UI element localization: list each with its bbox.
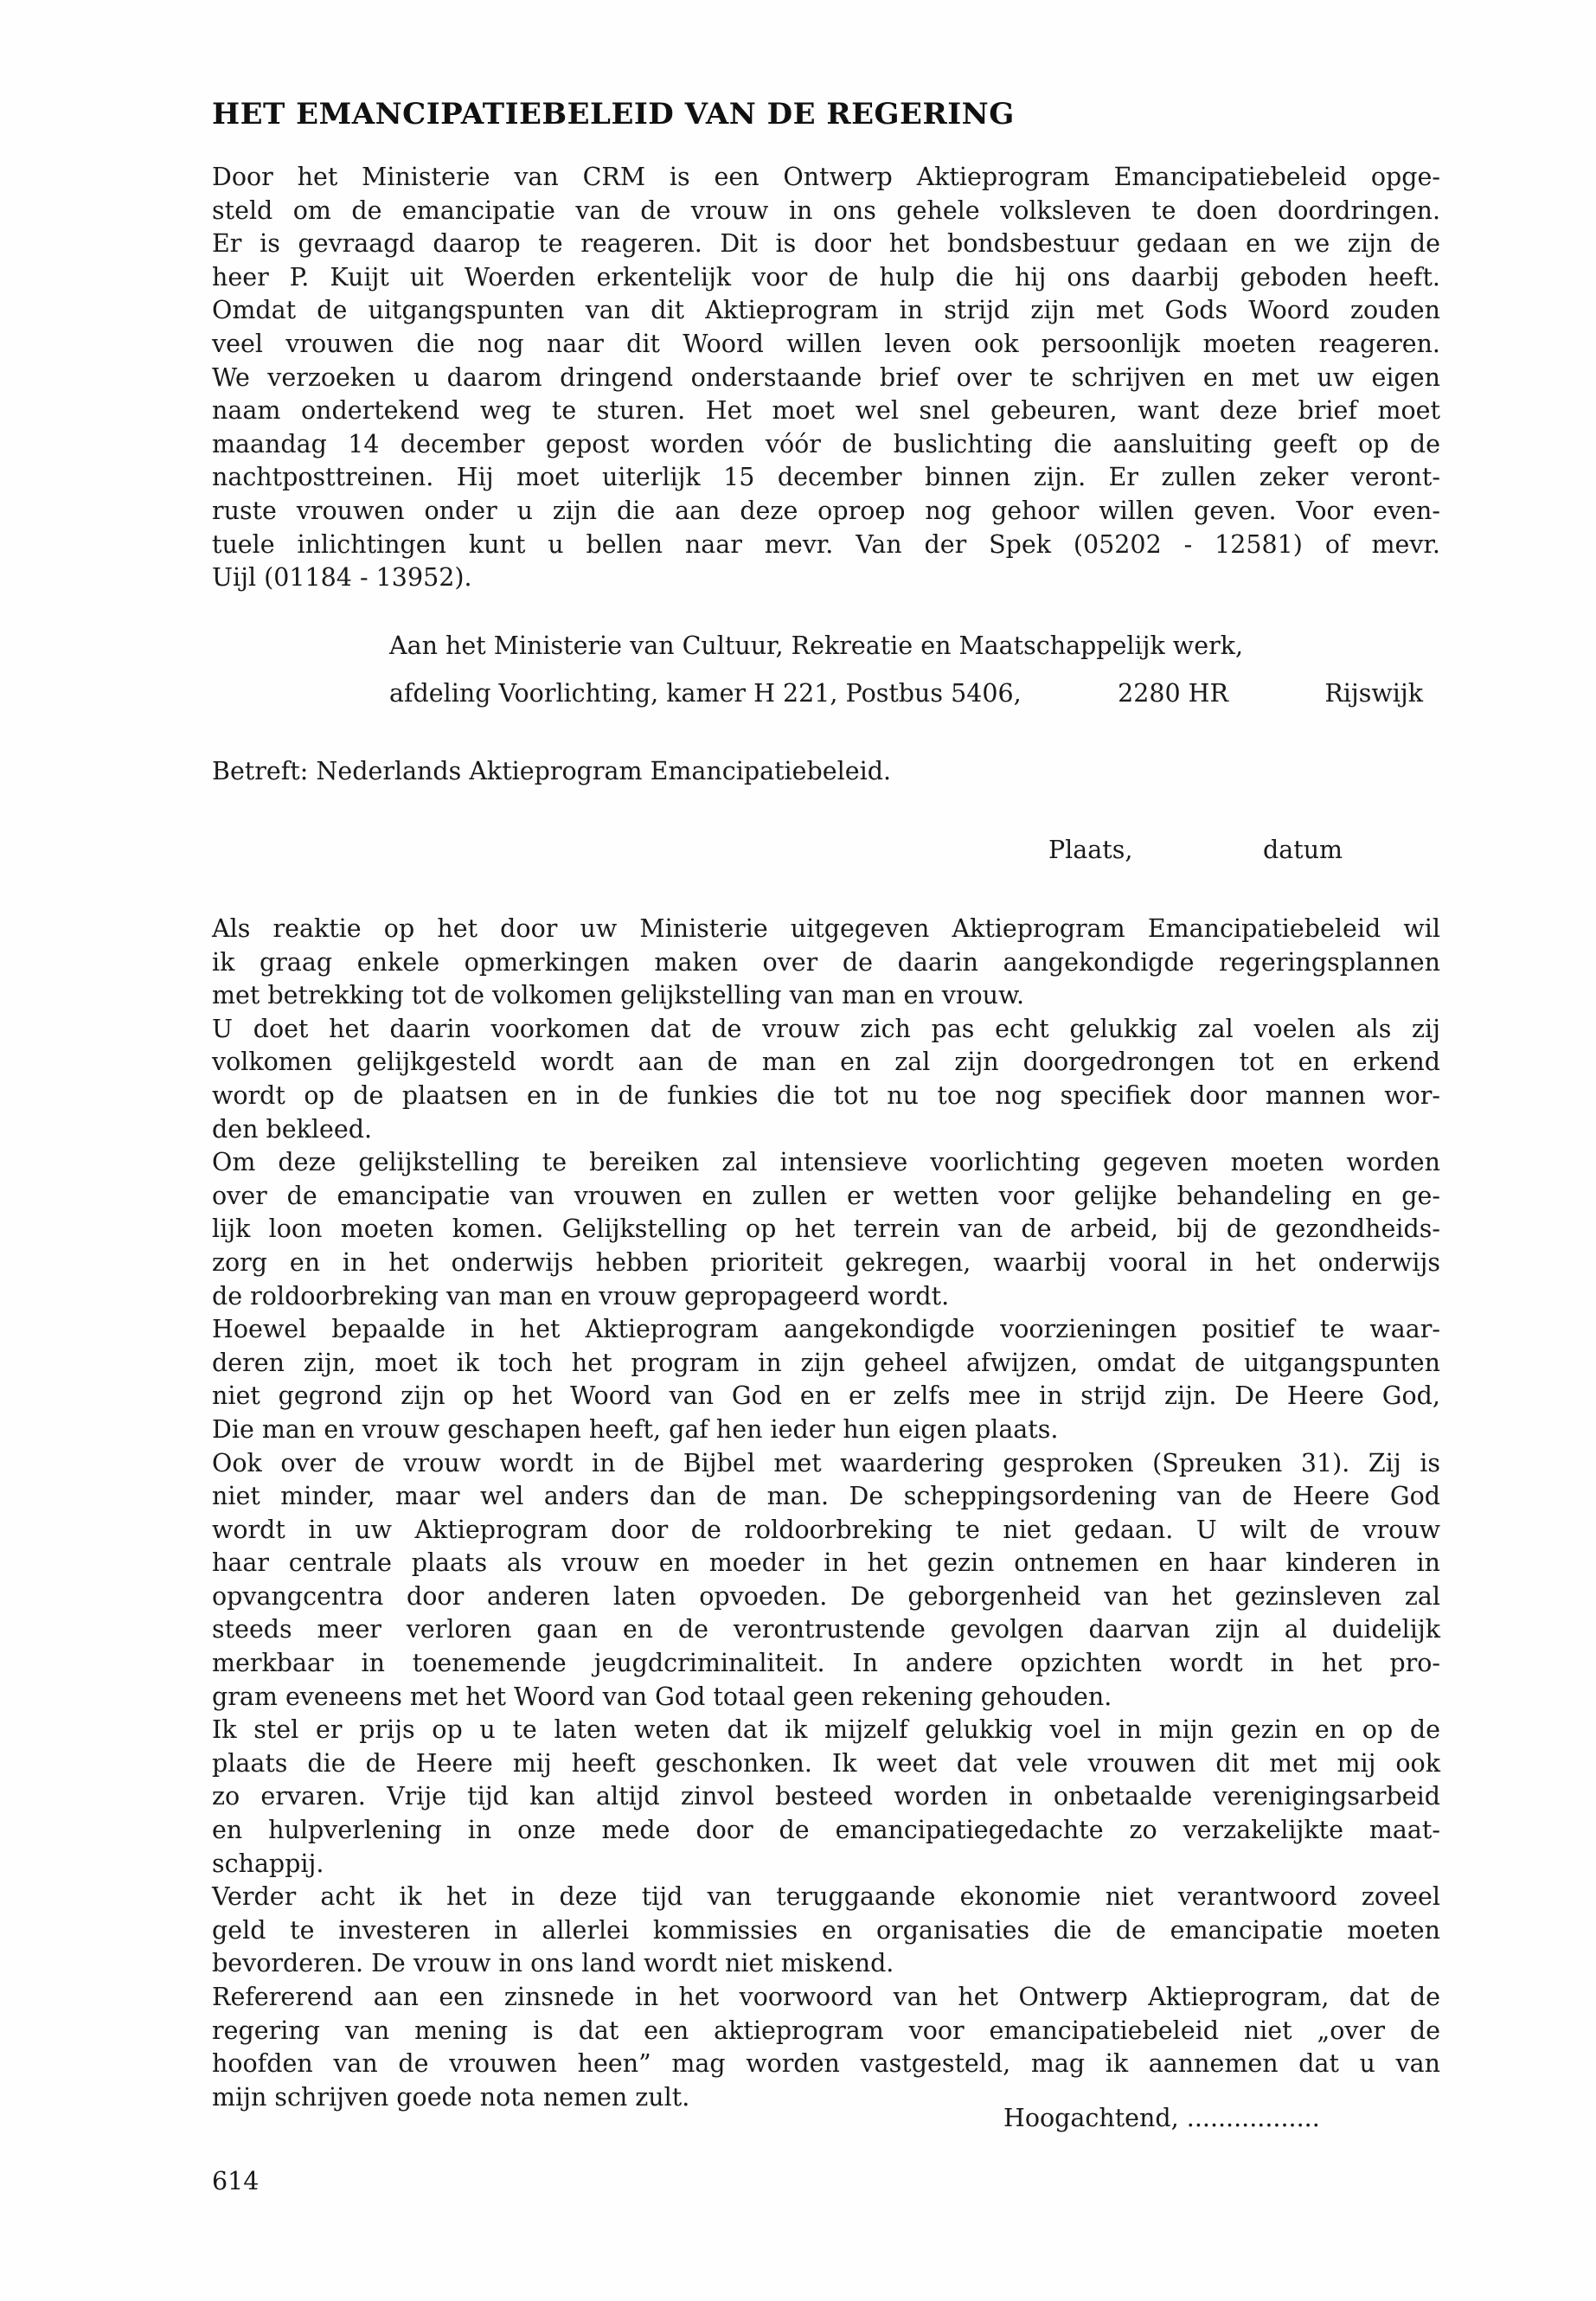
text-line: veel vrouwen die nog naar dit Woord will…	[212, 328, 1440, 362]
text-line: maandag 14 december gepost worden vóór d…	[212, 428, 1440, 462]
text-line: niet gegrond zijn op het Woord van God e…	[212, 1380, 1440, 1413]
text-line: den bekleed.	[212, 1113, 1440, 1147]
text-line: Ook over de vrouw wordt in de Bijbel met…	[212, 1447, 1440, 1481]
text-line: volkomen gelijkgesteld wordt aan de man …	[212, 1046, 1440, 1080]
letter-body: Als reaktie op het door uw Ministerie ui…	[212, 913, 1440, 2114]
text-line: ruste vrouwen onder u zijn die aan deze …	[212, 495, 1440, 529]
text-line: haar centrale plaats als vrouw en moeder…	[212, 1547, 1440, 1580]
text-line: opvangcentra door anderen laten opvoeden…	[212, 1580, 1440, 1614]
recipient-address-line-2: afdeling Voorlichting, kamer H 221, Post…	[389, 679, 1423, 708]
text-line: We verzoeken u daarom dringend onderstaa…	[212, 362, 1440, 395]
text-line: steld om de emancipatie van de vrouw in …	[212, 195, 1440, 228]
text-line: Om deze gelijkstelling te bereiken zal i…	[212, 1146, 1440, 1180]
text-line: Hoewel bepaalde in het Aktieprogram aang…	[212, 1313, 1440, 1347]
text-line: merkbaar in toenemende jeugdcriminalitei…	[212, 1647, 1440, 1681]
closing-signature: Hoogachtend, .................	[1003, 2104, 1320, 2132]
text-line: U doet het daarin voorkomen dat de vrouw…	[212, 1013, 1440, 1047]
text-line: Er is gevraagd daarop te reageren. Dit i…	[212, 228, 1440, 261]
address-city: Rijswijk	[1324, 679, 1423, 708]
text-line: deren zijn, moet ik toch het program in …	[212, 1347, 1440, 1381]
date-label: datum	[1263, 836, 1343, 864]
text-line: met betrekking tot de volkomen gelijkste…	[212, 979, 1440, 1013]
text-line: en hulpverlening in onze mede door de em…	[212, 1814, 1440, 1848]
text-line: naam ondertekend weg te sturen. Het moet…	[212, 394, 1440, 428]
text-line: wordt in uw Aktieprogram door de roldoor…	[212, 1514, 1440, 1548]
text-line: Uijl (01184 - 13952).	[212, 561, 1440, 595]
text-line: heer P. Kuijt uit Woerden erkentelijk vo…	[212, 261, 1440, 295]
text-line: zo ervaren. Vrije tijd kan altijd zinvol…	[212, 1780, 1440, 1814]
text-line: steeds meer verloren gaan en de verontru…	[212, 1613, 1440, 1647]
text-line: hoofden van de vrouwen heen” mag worden …	[212, 2048, 1440, 2081]
text-line: Door het Ministerie van CRM is een Ontwe…	[212, 161, 1440, 195]
text-line: Die man en vrouw geschapen heeft, gaf he…	[212, 1413, 1440, 1447]
text-line: gram eveneens met het Woord van God tota…	[212, 1681, 1440, 1715]
text-line: ik graag enkele opmerkingen maken over d…	[212, 946, 1440, 980]
text-line: over de emancipatie van vrouwen en zulle…	[212, 1180, 1440, 1214]
text-line: de roldoorbreking van man en vrouw gepro…	[212, 1280, 1440, 1314]
intro-paragraph: Door het Ministerie van CRM is een Ontwe…	[212, 161, 1440, 595]
text-line: regering van mening is dat een aktieprog…	[212, 2015, 1440, 2048]
text-line: nachtposttreinen. Hij moet uiterlijk 15 …	[212, 461, 1440, 495]
page-title: HET EMANCIPATIEBELEID VAN DE REGERING	[212, 97, 1015, 131]
document-page: HET EMANCIPATIEBELEID VAN DE REGERING Do…	[0, 0, 1596, 2301]
text-line: wordt op de plaatsen en in de funkies di…	[212, 1080, 1440, 1113]
address-postcode: 2280 HR	[1118, 679, 1228, 708]
text-line: Omdat de uitgangspunten van dit Aktiepro…	[212, 294, 1440, 328]
text-line: Verder acht ik het in deze tijd van teru…	[212, 1881, 1440, 1914]
recipient-address-line-1: Aan het Ministerie van Cultuur, Rekreati…	[389, 631, 1423, 660]
text-line: plaats die de Heere mij heeft geschonken…	[212, 1747, 1440, 1781]
place-label: Plaats,	[1048, 836, 1132, 864]
text-line: zorg en in het onderwijs hebben priorite…	[212, 1247, 1440, 1280]
page-number: 614	[212, 2167, 259, 2195]
text-line: Ik stel er prijs op u te laten weten dat…	[212, 1714, 1440, 1747]
text-line: geld te investeren in allerlei kommissie…	[212, 1914, 1440, 1948]
text-line: Refererend aan een zinsnede in het voorw…	[212, 1981, 1440, 2015]
text-line: Als reaktie op het door uw Ministerie ui…	[212, 913, 1440, 946]
text-line: schappij.	[212, 1848, 1440, 1881]
text-line: bevorderen. De vrouw in ons land wordt n…	[212, 1947, 1440, 1981]
text-line: tuele inlichtingen kunt u bellen naar me…	[212, 529, 1440, 562]
address-department: afdeling Voorlichting, kamer H 221, Post…	[389, 679, 1022, 708]
text-line: lijk loon moeten komen. Gelijkstelling o…	[212, 1213, 1440, 1247]
subject-line: Betreft: Nederlands Aktieprogram Emancip…	[212, 757, 891, 785]
text-line: niet minder, maar wel anders dan de man.…	[212, 1480, 1440, 1514]
